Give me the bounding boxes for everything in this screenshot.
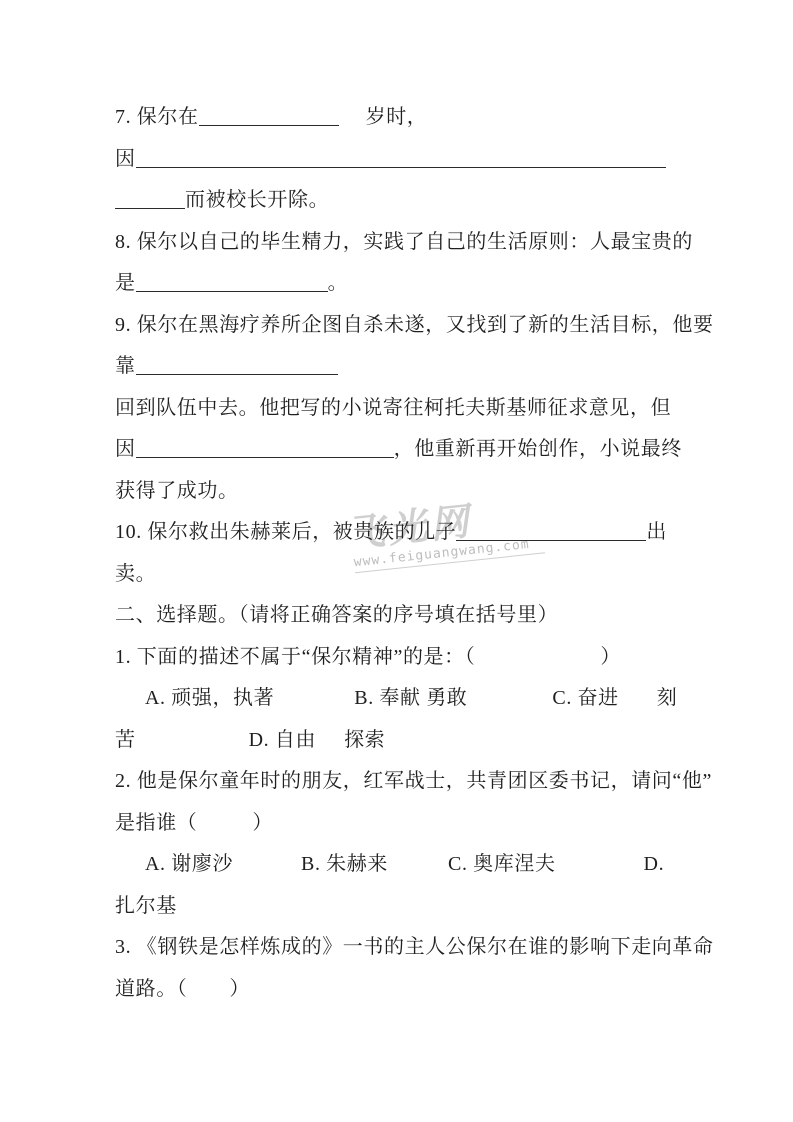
choice1-options-1: A. 顽强，执著B. 奉献 勇敢C. 奋进刻 [115, 678, 680, 720]
q9-line-3: 回到队伍中去。他把写的小说寄往柯托夫斯基师征求意见，但 [115, 388, 680, 430]
choice1-options-2: 苦D. 自由探索 [115, 720, 680, 762]
text-run: ） [229, 978, 250, 1000]
text-run: 而被校长开除。 [185, 189, 329, 211]
spacer [197, 828, 252, 829]
text-run: 靠 [115, 355, 136, 377]
text-run: 探索 [344, 729, 385, 751]
q10-line-2: 卖。 [115, 554, 680, 596]
choice2-question-1: 2. 他是保尔童年时的朋友，红军战士，共青团区委书记，请问“他” [115, 761, 680, 803]
spacer [274, 703, 354, 704]
choice2-options-1: A. 谢廖沙B. 朱赫来C. 奥库涅夫D. [115, 844, 680, 886]
text-run: C. 奋进 [552, 687, 618, 709]
text-run: D. 自由 [249, 729, 316, 751]
text-run: 回到队伍中去。他把写的小说寄往柯托夫斯基师征求意见，但 [115, 397, 671, 419]
text-run: 3. 《钢铁是怎样炼成的》一书的主人公保尔在谁的影响下走向革命 [115, 936, 714, 958]
choice2-options-2: 扎尔基 [115, 886, 680, 928]
spacer [619, 703, 657, 704]
section2-header: 二、选择题。（请将正确答案的序号填在括号里） [115, 595, 680, 637]
text-run: 是 [115, 272, 136, 294]
text-run: 2. 他是保尔童年时的朋友，红军战士，共青团区委书记，请问“他” [115, 770, 712, 792]
spacer [388, 869, 448, 870]
text-run: 卖。 [115, 563, 156, 585]
fill-in-blank [115, 186, 185, 209]
spacer [339, 122, 366, 123]
document-lines: 7. 保尔在岁时，因而被校长开除。8. 保尔以自己的毕生精力，实践了自己的生活原… [115, 97, 680, 1010]
fill-in-blank [136, 435, 394, 458]
text-run: ） [252, 812, 273, 834]
fill-in-blank [136, 269, 328, 292]
text-run: A. 顽强，执著 [145, 687, 274, 709]
text-run: D. [644, 853, 665, 875]
choice2-question-2: 是指谁（） [115, 803, 680, 845]
text-run: 因 [115, 148, 136, 170]
choice3-question-2: 道路。（） [115, 969, 680, 1011]
fill-in-blank [136, 352, 338, 375]
spacer [115, 703, 145, 704]
q9-line-4: 因，他重新再开始创作，小说最终 [115, 429, 680, 471]
choice3-question-1: 3. 《钢铁是怎样炼成的》一书的主人公保尔在谁的影响下走向革命 [115, 927, 680, 969]
text-run: 10. 保尔救出朱赫莱后，被贵族的儿子 [115, 521, 456, 543]
q9-line-1: 9. 保尔在黑海疗养所企图自杀未遂，又找到了新的生活目标，他要 [115, 305, 680, 347]
text-run: 是指谁（ [115, 812, 197, 834]
q7-line-3: 而被校长开除。 [115, 180, 680, 222]
text-run: A. 谢廖沙 [145, 853, 233, 875]
text-run: 刻 [657, 687, 678, 709]
fill-in-blank [456, 518, 646, 541]
q7-line-2: 因 [115, 139, 680, 181]
spacer [475, 662, 600, 663]
text-run: 扎尔基 [115, 895, 177, 917]
choice1-question: 1. 下面的描述不属于“保尔精神”的是：（） [115, 637, 680, 679]
text-run: 1. 下面的描述不属于“保尔精神”的是：（ [115, 646, 475, 668]
text-run: 因 [115, 438, 136, 460]
text-run: 苦 [115, 729, 136, 751]
spacer [316, 745, 344, 746]
spacer [556, 869, 644, 870]
q8-line-2: 是。 [115, 263, 680, 305]
text-run: B. 奉献 勇敢 [354, 687, 467, 709]
q9-line-5: 获得了成功。 [115, 471, 680, 513]
text-run: C. 奥库涅夫 [448, 853, 556, 875]
fill-in-blank [136, 145, 666, 168]
text-run: 获得了成功。 [115, 480, 239, 502]
text-run: 岁时， [366, 106, 428, 128]
q7-line-1: 7. 保尔在岁时， [115, 97, 680, 139]
spacer [187, 994, 229, 995]
worksheet-page: 飞光网 www.feiguangwang.com 7. 保尔在岁时，因而被校长开… [0, 0, 793, 1122]
text-run: 9. 保尔在黑海疗养所企图自杀未遂，又找到了新的生活目标，他要 [115, 314, 714, 336]
text-run: 8. 保尔以自己的毕生精力，实践了自己的生活原则：人最宝贵的 [115, 231, 693, 253]
spacer [467, 703, 552, 704]
q10-line-1: 10. 保尔救出朱赫莱后，被贵族的儿子出 [115, 512, 680, 554]
text-run: 二、选择题。（请将正确答案的序号填在括号里） [115, 604, 558, 626]
q8-line-1: 8. 保尔以自己的毕生精力，实践了自己的生活原则：人最宝贵的 [115, 222, 680, 264]
text-run: ，他重新再开始创作，小说最终 [394, 438, 682, 460]
spacer [136, 745, 249, 746]
text-run: 7. 保尔在 [115, 106, 199, 128]
fill-in-blank [199, 103, 339, 126]
text-run: 道路。（ [115, 978, 187, 1000]
text-run: B. 朱赫来 [301, 853, 388, 875]
text-run: 出 [646, 521, 667, 543]
spacer [115, 869, 145, 870]
text-run: ） [600, 646, 621, 668]
spacer [233, 869, 301, 870]
q9-line-2: 靠 [115, 346, 680, 388]
text-run: 。 [328, 272, 349, 294]
